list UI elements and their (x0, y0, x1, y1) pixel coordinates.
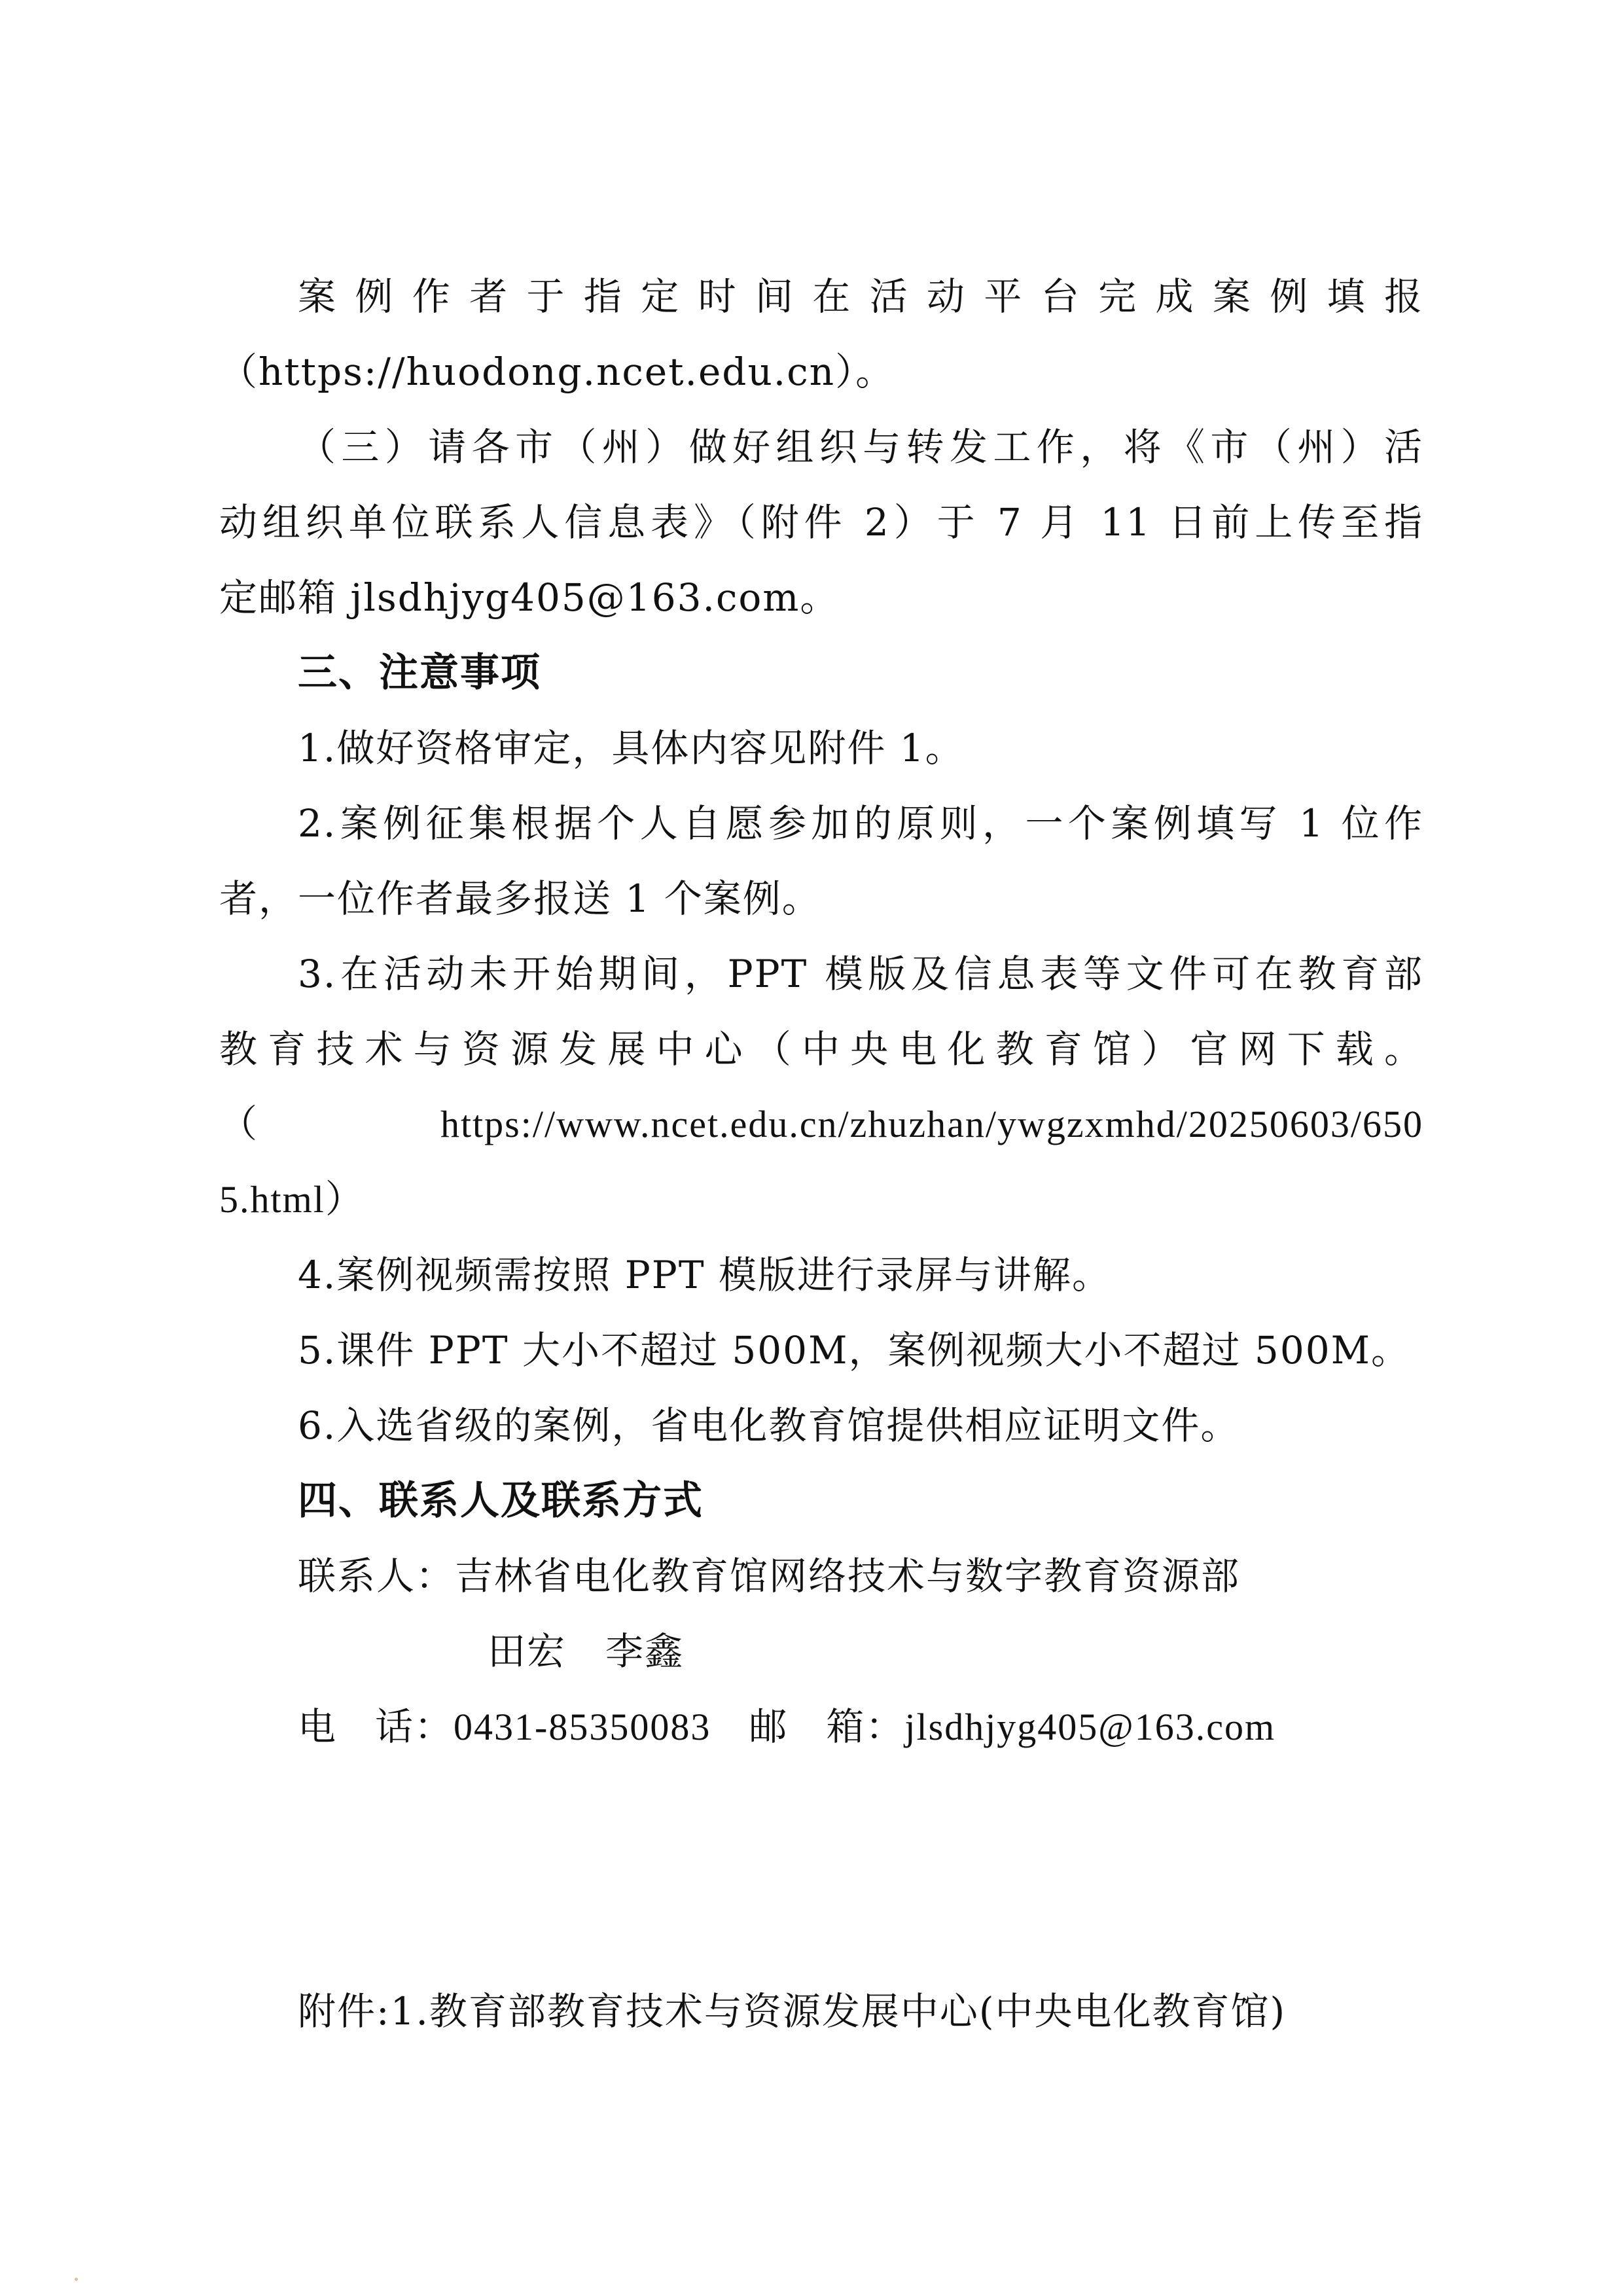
contact-label: 联系人： (298, 1554, 455, 1598)
download-url-line: （https://www.ncet.edu.cn/zhuzhan/ywgzxmh… (219, 1086, 1423, 1162)
email-submission-line: 定邮箱 jlsdhjyg405@163.com。 (219, 560, 1423, 636)
platform-url-line: （https://huodong.ncet.edu.cn）。 (219, 334, 1423, 410)
note-item-1: 1.做好资格审定，具体内容见附件 1。 (298, 710, 1423, 786)
contact-org: 吉林省电化教育馆网络技术与数字教育资源部 (455, 1554, 1240, 1598)
note-item-2: 2.案例征集根据个人自愿参加的原则，一个案例填写 1 位作 (298, 785, 1423, 861)
note-item-4: 4.案例视频需按照 PPT 模版进行录屏与讲解。 (298, 1237, 1423, 1313)
note-item-3: 3.在活动未开始期间，PPT 模版及信息表等文件可在教育部 (298, 936, 1423, 1012)
phone-label-2: 话： (375, 1704, 454, 1749)
email-label-1: 邮 (749, 1704, 788, 1749)
download-url-line-cont: 5.html） (219, 1162, 1423, 1238)
section-heading-notes: 三、注意事项 (298, 635, 1502, 711)
email-address: jlsdhjyg405@163.com (904, 1706, 1275, 1748)
scan-speck (75, 2278, 78, 2281)
paragraph-line: （三）请各市（州）做好组织与转发工作，将《市（州）活 (298, 409, 1423, 485)
phone-label-1: 电 (298, 1704, 337, 1749)
note-item-2-cont: 者，一位作者最多报送 1 个案例。 (219, 861, 1423, 937)
attachment-line-1: 附件:1.教育部教育技术与资源发展中心(中央电化教育馆) (298, 1973, 1423, 2049)
contact-phone-email-line: 电话：0431-85350083邮箱：jlsdhjyg405@163.com (298, 1689, 1423, 1765)
paragraph-line: 动组织单位联系人信息表》（附件 2）于 7 月 11 日前上传至指 (219, 484, 1423, 560)
email-label-2: 箱： (826, 1704, 904, 1749)
document-page: 案例作者于指定时间在活动平台完成案例填报 （https://huodong.nc… (0, 0, 1623, 2296)
paragraph-line: 案例作者于指定时间在活动平台完成案例填报 (298, 259, 1423, 334)
phone-number: 0431-85350083 (454, 1706, 711, 1748)
note-item-5: 5.课件 PPT 大小不超过 500M，案例视频大小不超过 500M。 (298, 1312, 1423, 1388)
note-item-3-cont: 教育技术与资源发展中心（中央电化教育馆）官网下载。 (219, 1011, 1423, 1087)
contact-names: 田宏 李鑫 (488, 1613, 1404, 1689)
section-heading-contact: 四、联系人及联系方式 (298, 1463, 1502, 1539)
note-item-6: 6.入选省级的案例，省电化教育馆提供相应证明文件。 (298, 1388, 1423, 1463)
contact-org-line: 联系人：吉林省电化教育馆网络技术与数字教育资源部 (298, 1538, 1423, 1614)
